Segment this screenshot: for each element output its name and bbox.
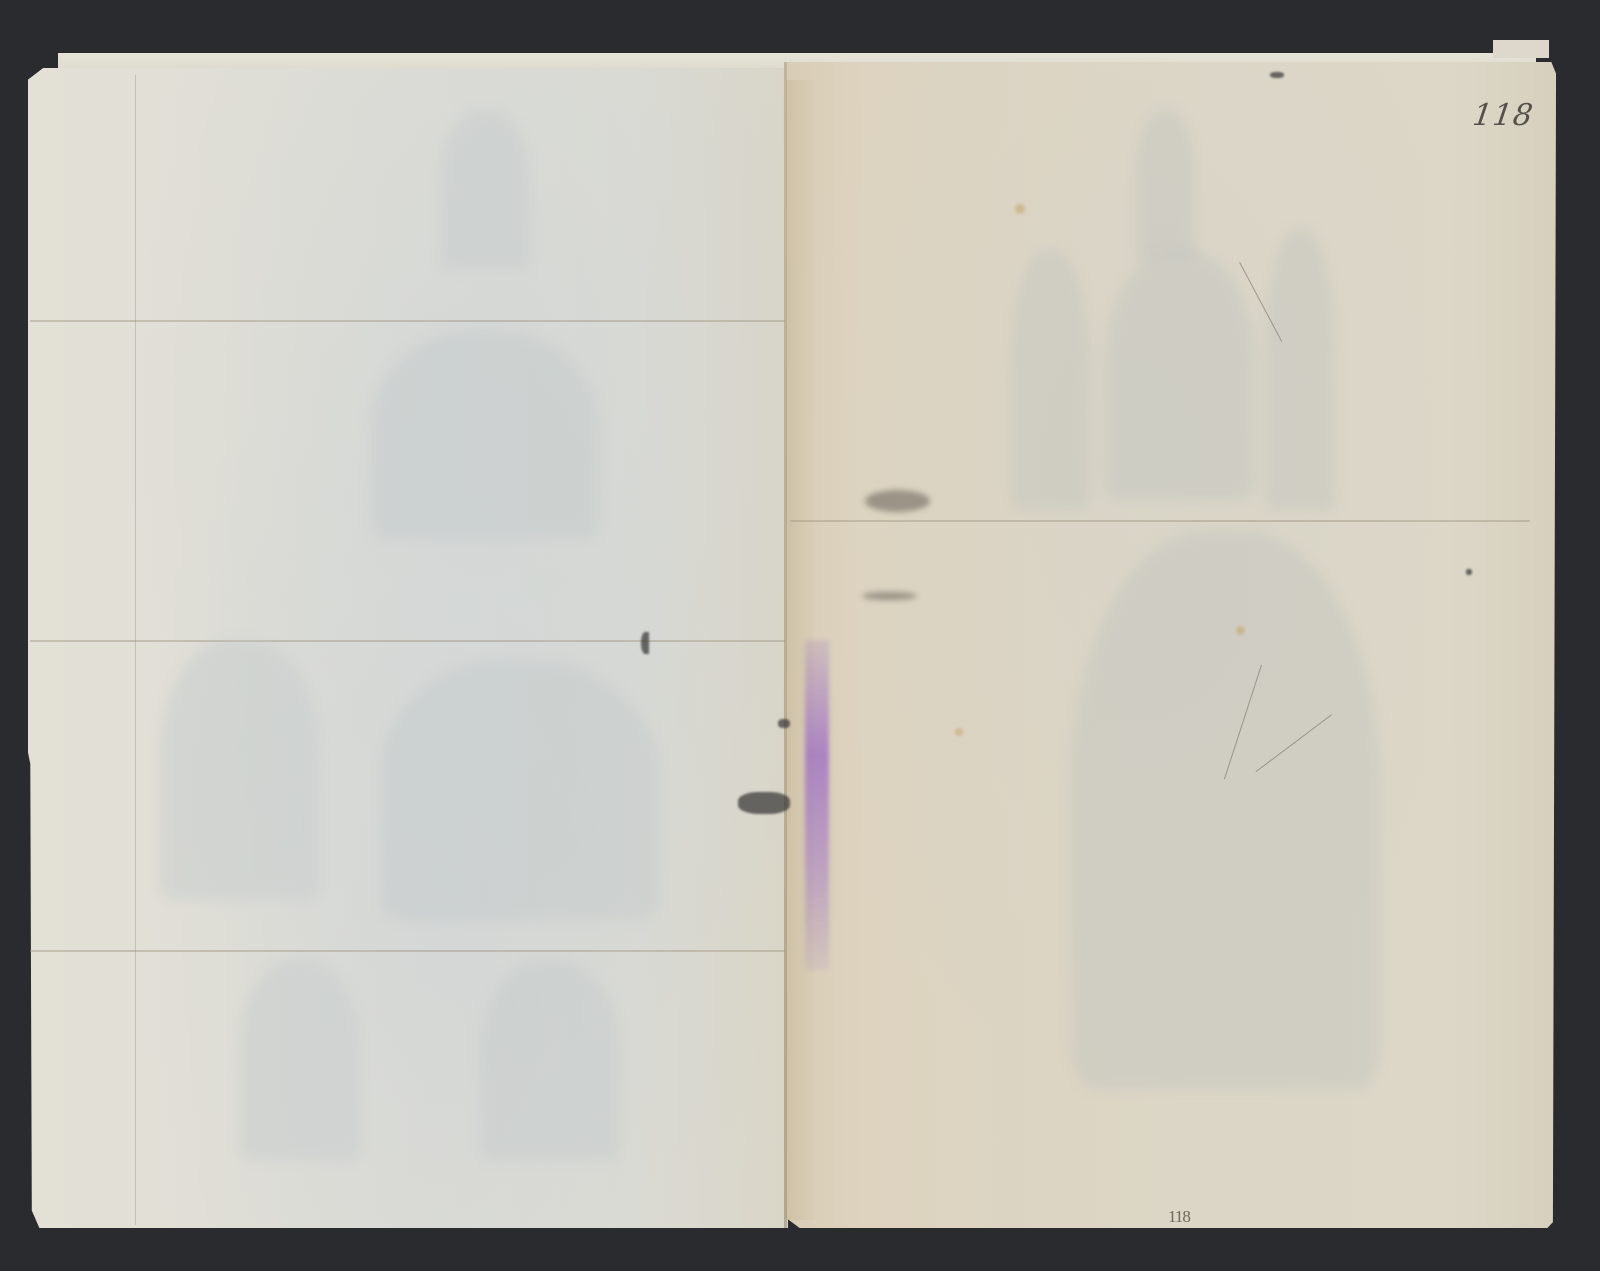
fold-crease bbox=[790, 520, 1530, 522]
archive-scan: 118 118 bbox=[0, 0, 1600, 1271]
show-through-dome bbox=[1105, 250, 1255, 500]
center-fold bbox=[784, 62, 787, 1228]
folio-number-top: 118 bbox=[1471, 98, 1536, 133]
margin-line bbox=[135, 75, 136, 1225]
show-through-column bbox=[160, 640, 320, 900]
foxing-spot bbox=[1236, 626, 1245, 635]
foxing-spot bbox=[1015, 204, 1025, 214]
show-through-facade bbox=[380, 660, 660, 920]
paper-tab bbox=[1493, 40, 1549, 58]
show-through-dome bbox=[440, 110, 530, 270]
ink-smudge bbox=[738, 792, 790, 814]
show-through-dome bbox=[1265, 230, 1335, 510]
graphite-smudge bbox=[862, 592, 917, 600]
show-through-column bbox=[240, 960, 360, 1160]
ink-spot bbox=[778, 719, 790, 728]
show-through-spire bbox=[1135, 110, 1195, 260]
foxing-spot bbox=[955, 728, 963, 736]
ink-spot bbox=[1466, 569, 1472, 575]
left-page bbox=[28, 68, 788, 1228]
ink-spot bbox=[1270, 72, 1284, 78]
show-through-column bbox=[480, 960, 620, 1160]
purple-stamp-mark bbox=[805, 640, 829, 970]
ink-hook-mark bbox=[641, 632, 649, 654]
show-through-facade bbox=[1070, 530, 1380, 1090]
graphite-smudge bbox=[865, 490, 930, 512]
show-through-tower bbox=[370, 330, 600, 540]
folio-number-bottom: 118 bbox=[1168, 1207, 1190, 1227]
fold-crease bbox=[30, 640, 785, 642]
fold-crease bbox=[30, 950, 785, 952]
show-through-dome bbox=[1010, 250, 1090, 510]
fold-crease bbox=[30, 320, 785, 322]
